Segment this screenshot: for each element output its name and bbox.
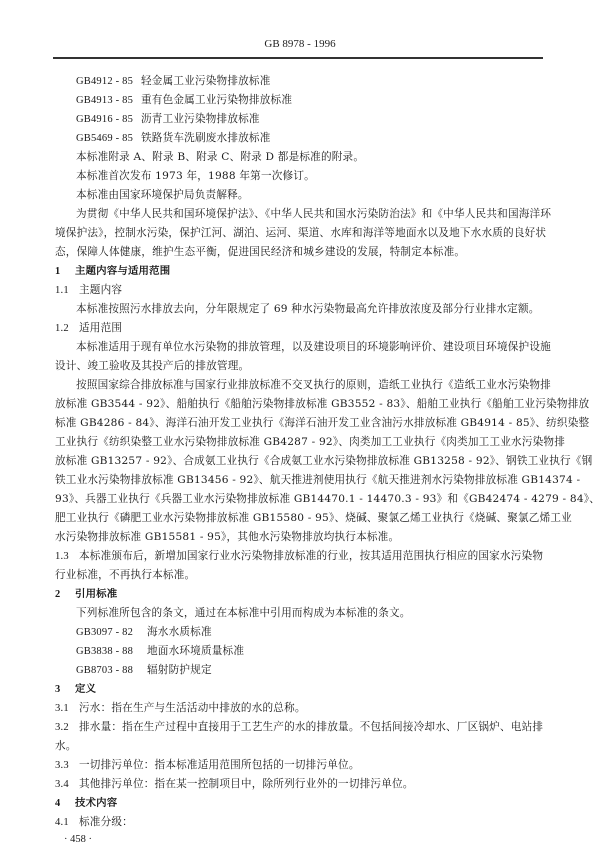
industry-standards-line: 水污染物排放标准 GB15581 - 95》，其他水污染物排放均执行本标准。	[55, 530, 399, 544]
clause-1-3-cont: 行业标准，不再执行本标准。	[55, 568, 195, 582]
definition-3-1: 3.1污水：指在生产与生活活动中排放的水的总称。	[55, 701, 306, 716]
standard-title: 铁路货车洗刷废水排放标准	[141, 132, 271, 144]
standard-title: 地面水环境质量标准	[147, 645, 244, 657]
section-heading-4: 4技术内容	[55, 796, 117, 811]
scope-text: 本标准按照污水排放去向，分年限规定了 69 种水污染物最高允许排放浓度及部分行业…	[76, 302, 540, 316]
standard-title: 沥青工业污染物排放标准	[141, 113, 260, 125]
standard-title: 海水水质标准	[147, 626, 212, 638]
clause-1-3: 1.3本标准颁布后，新增加国家行业水污染物排放标准的行业，按其适用范围执行相应的…	[55, 549, 543, 564]
section-heading-2: 2引用标准	[55, 587, 117, 602]
page-number: · 458 ·	[64, 834, 92, 845]
foreword-interpretation-note: 本标准由国家环境保护局负责解释。	[76, 188, 249, 202]
reference-item: GB3838 - 88地面水环境质量标准	[76, 644, 244, 659]
section-heading-1: 1主题内容与适用范围	[55, 264, 170, 279]
subsection-heading-1-2: 1.2适用范围	[55, 321, 122, 336]
industry-standards-line: 标准 GB4286 - 84》、海洋石油开发工业执行《海洋石油开发工业含油污水排…	[55, 416, 589, 430]
standard-code: GB3838 - 88	[76, 645, 147, 659]
industry-standards-line: 铁工业水污染物排放标准 GB13456 - 92》、航天推进剂使用执行《航天推进…	[55, 473, 580, 487]
industry-standards-line: 93》、兵器工业执行《兵器工业水污染物排放标准 GB14470.1 - 1447…	[55, 492, 600, 506]
subsection-heading-1-1: 1.1主题内容	[55, 283, 122, 298]
reference-item: GB8703 - 88辐射防护规定	[76, 663, 212, 678]
reference-item: GB3097 - 82海水水质标准	[76, 625, 212, 640]
standard-code: GB8703 - 88	[76, 664, 147, 678]
standard-title: 辐射防护规定	[147, 664, 212, 676]
foreword-history-note: 本标准首次发布 1973 年，1988 年第一次修订。	[76, 169, 315, 183]
document-page: GB 8978 - 1996 GB4912 - 85轻金属工业污染物排放标准 G…	[0, 0, 600, 848]
related-standard-item: GB4912 - 85轻金属工业污染物排放标准	[76, 74, 271, 89]
industry-standards-line: 放标准 GB13257 - 92》、合成氨工业执行《合成氨工业水污染物排放标准 …	[55, 454, 592, 468]
industry-standards-line: 按照国家综合排放标准与国家行业排放标准不交叉执行的原则，造纸工业执行《造纸工业水…	[76, 378, 551, 392]
definition-3-2-cont: 水。	[55, 739, 77, 753]
references-intro: 下列标准所包含的条文，通过在本标准中引用而构成为本标准的条文。	[76, 606, 411, 620]
foreword-purpose-line: 态，保障人体健康，维护生态平衡，促进国民经济和城乡建设的发展，特制定本标准。	[55, 245, 465, 259]
standard-title: 重有色金属工业污染物排放标准	[141, 94, 292, 106]
running-header: GB 8978 - 1996	[0, 38, 600, 50]
standard-title: 轻金属工业污染物排放标准	[141, 75, 271, 87]
industry-standards-line: 肥工业执行《磷肥工业水污染物排放标准 GB15580 - 95》、烧碱、聚氯乙烯…	[55, 511, 572, 525]
standard-code: GB4913 - 85	[76, 94, 141, 108]
foreword-purpose-line: 为贯彻《中华人民共和国环境保护法》、《中华人民共和国水污染防治法》和《中华人民共…	[76, 207, 551, 221]
foreword-appendix-note: 本标准附录 A、附录 B、附录 C、附录 D 都是标准的附录。	[76, 150, 364, 164]
definition-3-4: 3.4其他排污单位：指在某一控制项目中，除所列行业外的一切排污单位。	[55, 777, 414, 792]
related-standard-item: GB5469 - 85铁路货车洗刷废水排放标准	[76, 131, 271, 146]
related-standard-item: GB4916 - 85沥青工业污染物排放标准	[76, 112, 260, 127]
industry-standards-line: 工业执行《纺织染整工业水污染物排放标准 GB4287 - 92》、肉类加工工业执…	[55, 435, 565, 449]
foreword-purpose-line: 境保护法》，控制水污染，保护江河、湖泊、运河、渠道、水库和海洋等地面水以及地下水…	[55, 226, 546, 240]
definition-3-2: 3.2排水量：指在生产过程中直接用于工艺生产的水的排放量。不包括间接冷却水、厂区…	[55, 720, 543, 735]
standard-code: GB3097 - 82	[76, 626, 147, 640]
standard-code: GB4912 - 85	[76, 75, 141, 89]
section-heading-3: 3定义	[55, 682, 96, 697]
clause-4-1: 4.1标准分级：	[55, 815, 133, 830]
related-standard-item: GB4913 - 85重有色金属工业污染物排放标准	[76, 93, 292, 108]
applicability-line: 本标准适用于现有单位水污染物的排放管理，以及建设项目的环境影响评价、建设项目环境…	[76, 340, 551, 354]
applicability-line: 设计、竣工验收及其投产后的排放管理。	[55, 359, 249, 373]
standard-code: GB4916 - 85	[76, 113, 141, 127]
industry-standards-line: 放标准 GB3544 - 92》、船舶执行《船舶污染物排放标准 GB3552 -…	[55, 397, 589, 411]
definition-3-3: 3.3一切排污单位：指本标准适用范围所包括的一切排污单位。	[55, 758, 360, 773]
header-rule	[53, 57, 543, 59]
standard-code: GB5469 - 85	[76, 132, 141, 146]
